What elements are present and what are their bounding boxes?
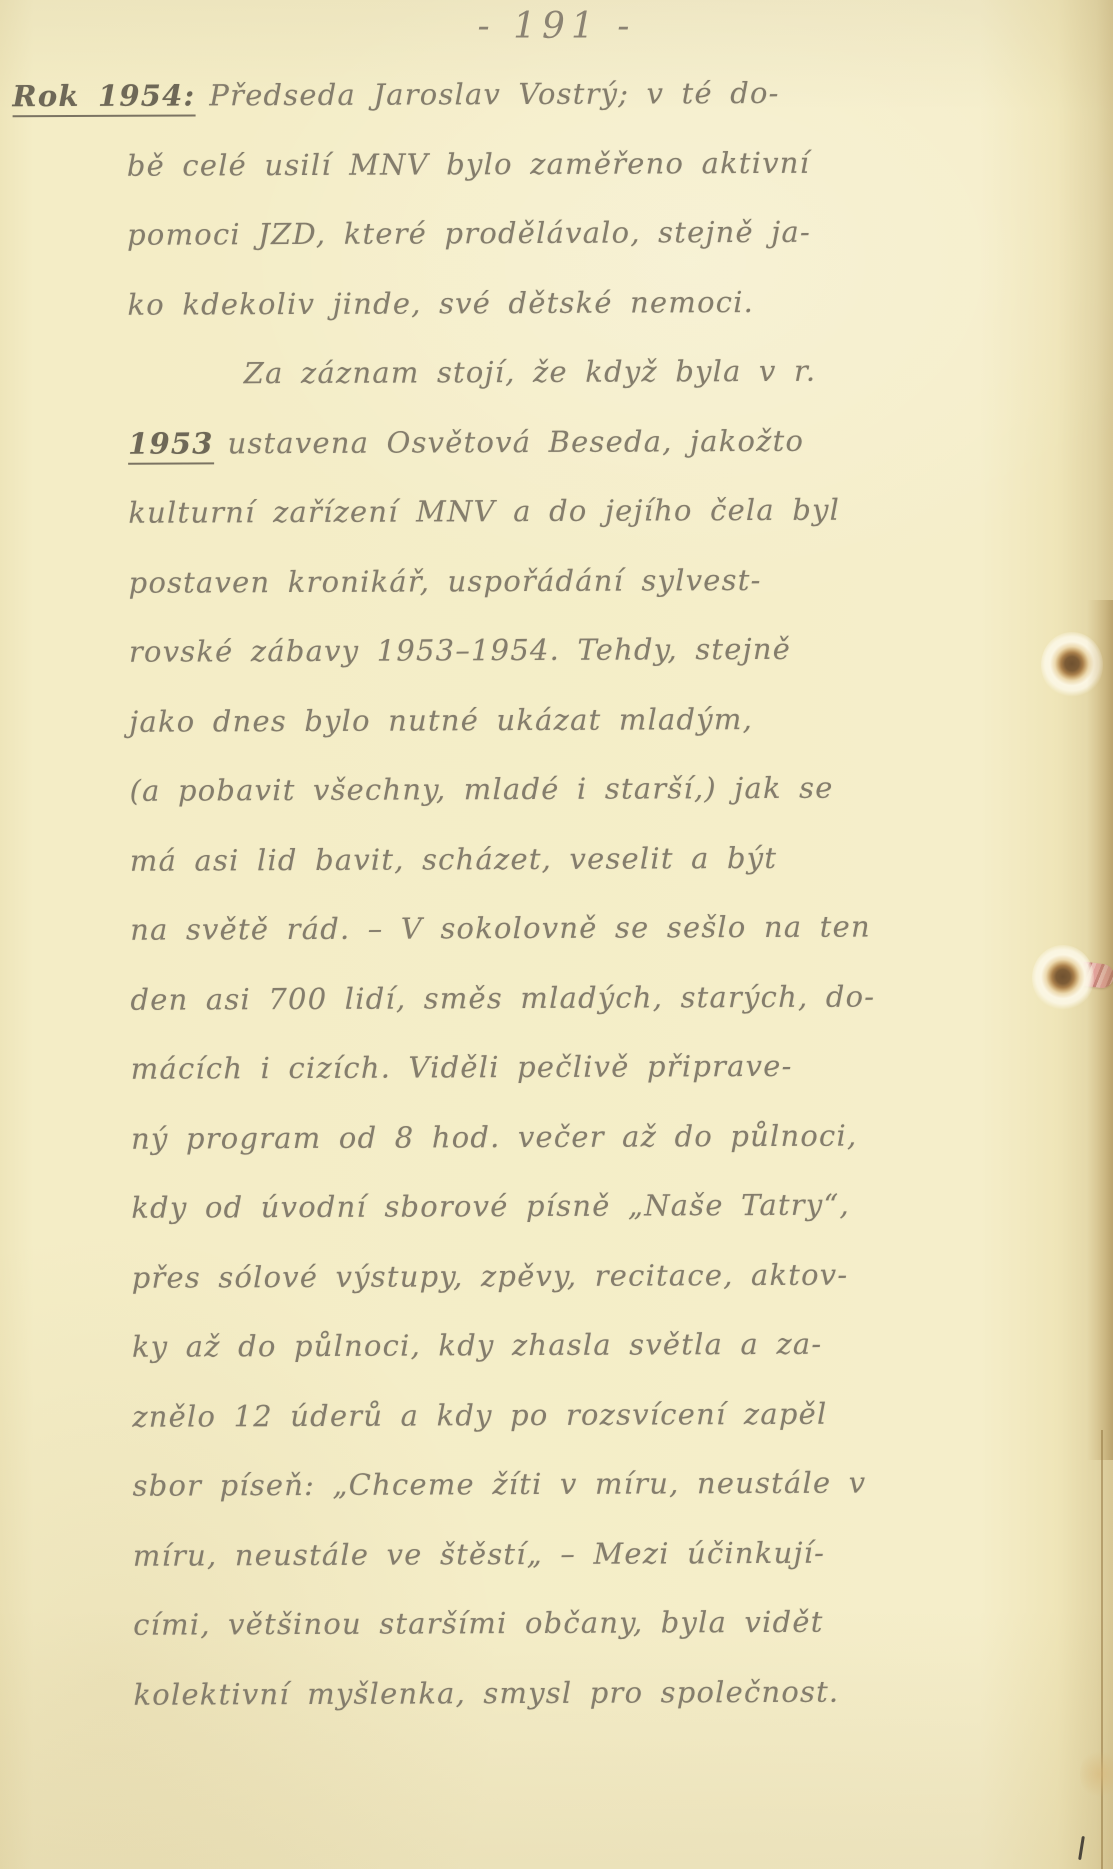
- manuscript-line: (a pobavit všechny, mladé i starší,) jak…: [129, 753, 1059, 827]
- manuscript-line-text: cími, většinou staršími občany, byla vid…: [133, 1605, 823, 1642]
- manuscript-line: kulturní zařízení MNV a do jejího čela b…: [128, 475, 1058, 549]
- manuscript-line: přes sólové výstupy, zpěvy, recitace, ak…: [132, 1239, 1062, 1313]
- manuscript-line-text: přes sólové výstupy, zpěvy, recitace, ak…: [132, 1257, 849, 1294]
- manuscript-line: na světě rád. – V sokolovně se sešlo na …: [130, 892, 1060, 966]
- manuscript-line: 1953ustavena Osvětová Beseda, jakožto: [128, 405, 1058, 479]
- underlined-lead: 1953: [128, 426, 214, 464]
- manuscript-line: Za záznam stojí, že když byla v r.: [244, 336, 1058, 409]
- manuscript-line-text: mácích i cizích. Viděli pečlivě připrave…: [131, 1049, 793, 1086]
- manuscript-line: Rok 1954:Předseda Jaroslav Vostrý; v té …: [12, 58, 1056, 132]
- manuscript-line: kdy od úvodní sborové písně „Naše Tatry“…: [131, 1170, 1061, 1244]
- manuscript-line-text: ustavena Osvětová Beseda, jakožto: [227, 423, 804, 460]
- manuscript-line: ný program od 8 hod. večer až do půlnoci…: [131, 1100, 1061, 1174]
- manuscript-line-text: ný program od 8 hod. večer až do půlnoci…: [131, 1118, 857, 1155]
- manuscript-line-text: ko kdekoliv jinde, své dětské nemoci.: [127, 285, 754, 322]
- manuscript-line-text: znělo 12 úderů a kdy po rozsvícení zapěl: [132, 1396, 827, 1433]
- manuscript-line: sbor píseň: „Chceme žíti v míru, neustál…: [132, 1448, 1062, 1522]
- manuscript-line: ky až do půlnoci, kdy zhasla světla a za…: [132, 1309, 1062, 1383]
- manuscript-text: Rok 1954:Předseda Jaroslav Vostrý; v té …: [0, 58, 1064, 1731]
- manuscript-line: mácích i cizích. Viděli pečlivě připrave…: [131, 1031, 1061, 1105]
- manuscript-line-text: (a pobavit všechny, mladé i starší,) jak…: [129, 771, 833, 808]
- manuscript-line: cími, většinou staršími občany, byla vid…: [133, 1587, 1063, 1661]
- manuscript-line: kolektivní myšlenka, smysl pro společnos…: [133, 1656, 1063, 1730]
- manuscript-line: bě celé usilí MNV bylo zaměřeno aktivní: [127, 127, 1057, 201]
- manuscript-line-text: rovské zábavy 1953–1954. Tehdy, stejně: [129, 632, 791, 669]
- page-edge-line: [1101, 1430, 1103, 1869]
- manuscript-line-text: má asi lid bavit, scházet, veselit a být: [130, 840, 778, 877]
- page-number: - 191 -: [0, 6, 1113, 47]
- underlined-lead: Rok 1954:: [12, 78, 195, 117]
- pen-mark: [1078, 1836, 1085, 1860]
- manuscript-line: ko kdekoliv jinde, své dětské nemoci.: [127, 266, 1057, 340]
- manuscript-line-text: Předseda Jaroslav Vostrý; v té do-: [209, 76, 779, 112]
- manuscript-line: míru, neustále ve štěstí„ – Mezi účinkuj…: [133, 1517, 1063, 1591]
- manuscript-line: den asi 700 lidí, směs mladých, starých,…: [130, 961, 1060, 1035]
- page-edge-band: [1087, 600, 1113, 1460]
- stain-mark: [1080, 1748, 1113, 1800]
- manuscript-line-text: kulturní zařízení MNV a do jejího čela b…: [128, 493, 840, 530]
- manuscript-line-text: míru, neustále ve štěstí„ – Mezi účinkuj…: [133, 1535, 825, 1572]
- manuscript-line: znělo 12 úderů a kdy po rozsvícení zapěl: [132, 1378, 1062, 1452]
- manuscript-line-text: postaven kronikář, uspořádání sylvest-: [129, 562, 762, 599]
- binding-hole-bottom: [1032, 945, 1094, 1011]
- manuscript-line: rovské zábavy 1953–1954. Tehdy, stejně: [129, 614, 1059, 688]
- manuscript-line-text: na světě rád. – V sokolovně se sešlo na …: [130, 910, 871, 947]
- manuscript-page: - 191 - Rok 1954:Předseda Jaroslav Vostr…: [0, 0, 1113, 1869]
- manuscript-line-text: kdy od úvodní sborové písně „Naše Tatry“…: [131, 1188, 850, 1225]
- manuscript-line: jako dnes bylo nutné ukázat mladým,: [129, 683, 1059, 757]
- manuscript-line-text: den asi 700 lidí, směs mladých, starých,…: [130, 979, 875, 1016]
- manuscript-line-text: bě celé usilí MNV bylo zaměřeno aktivní: [127, 145, 810, 182]
- manuscript-line: pomoci JZD, které prodělávalo, stejně ja…: [127, 197, 1057, 271]
- manuscript-line-text: sbor píseň: „Chceme žíti v míru, neustál…: [133, 1466, 867, 1503]
- manuscript-line-text: jako dnes bylo nutné ukázat mladým,: [129, 702, 753, 739]
- manuscript-line-text: Za záznam stojí, že když byla v r.: [244, 354, 817, 390]
- manuscript-line-text: ky až do půlnoci, kdy zhasla světla a za…: [132, 1327, 823, 1364]
- manuscript-line: má asi lid bavit, scházet, veselit a být: [130, 822, 1060, 896]
- manuscript-line: postaven kronikář, uspořádání sylvest-: [128, 544, 1058, 618]
- manuscript-line-text: kolektivní myšlenka, smysl pro společnos…: [133, 1674, 839, 1711]
- manuscript-line-text: pomoci JZD, které prodělávalo, stejně ja…: [127, 215, 811, 252]
